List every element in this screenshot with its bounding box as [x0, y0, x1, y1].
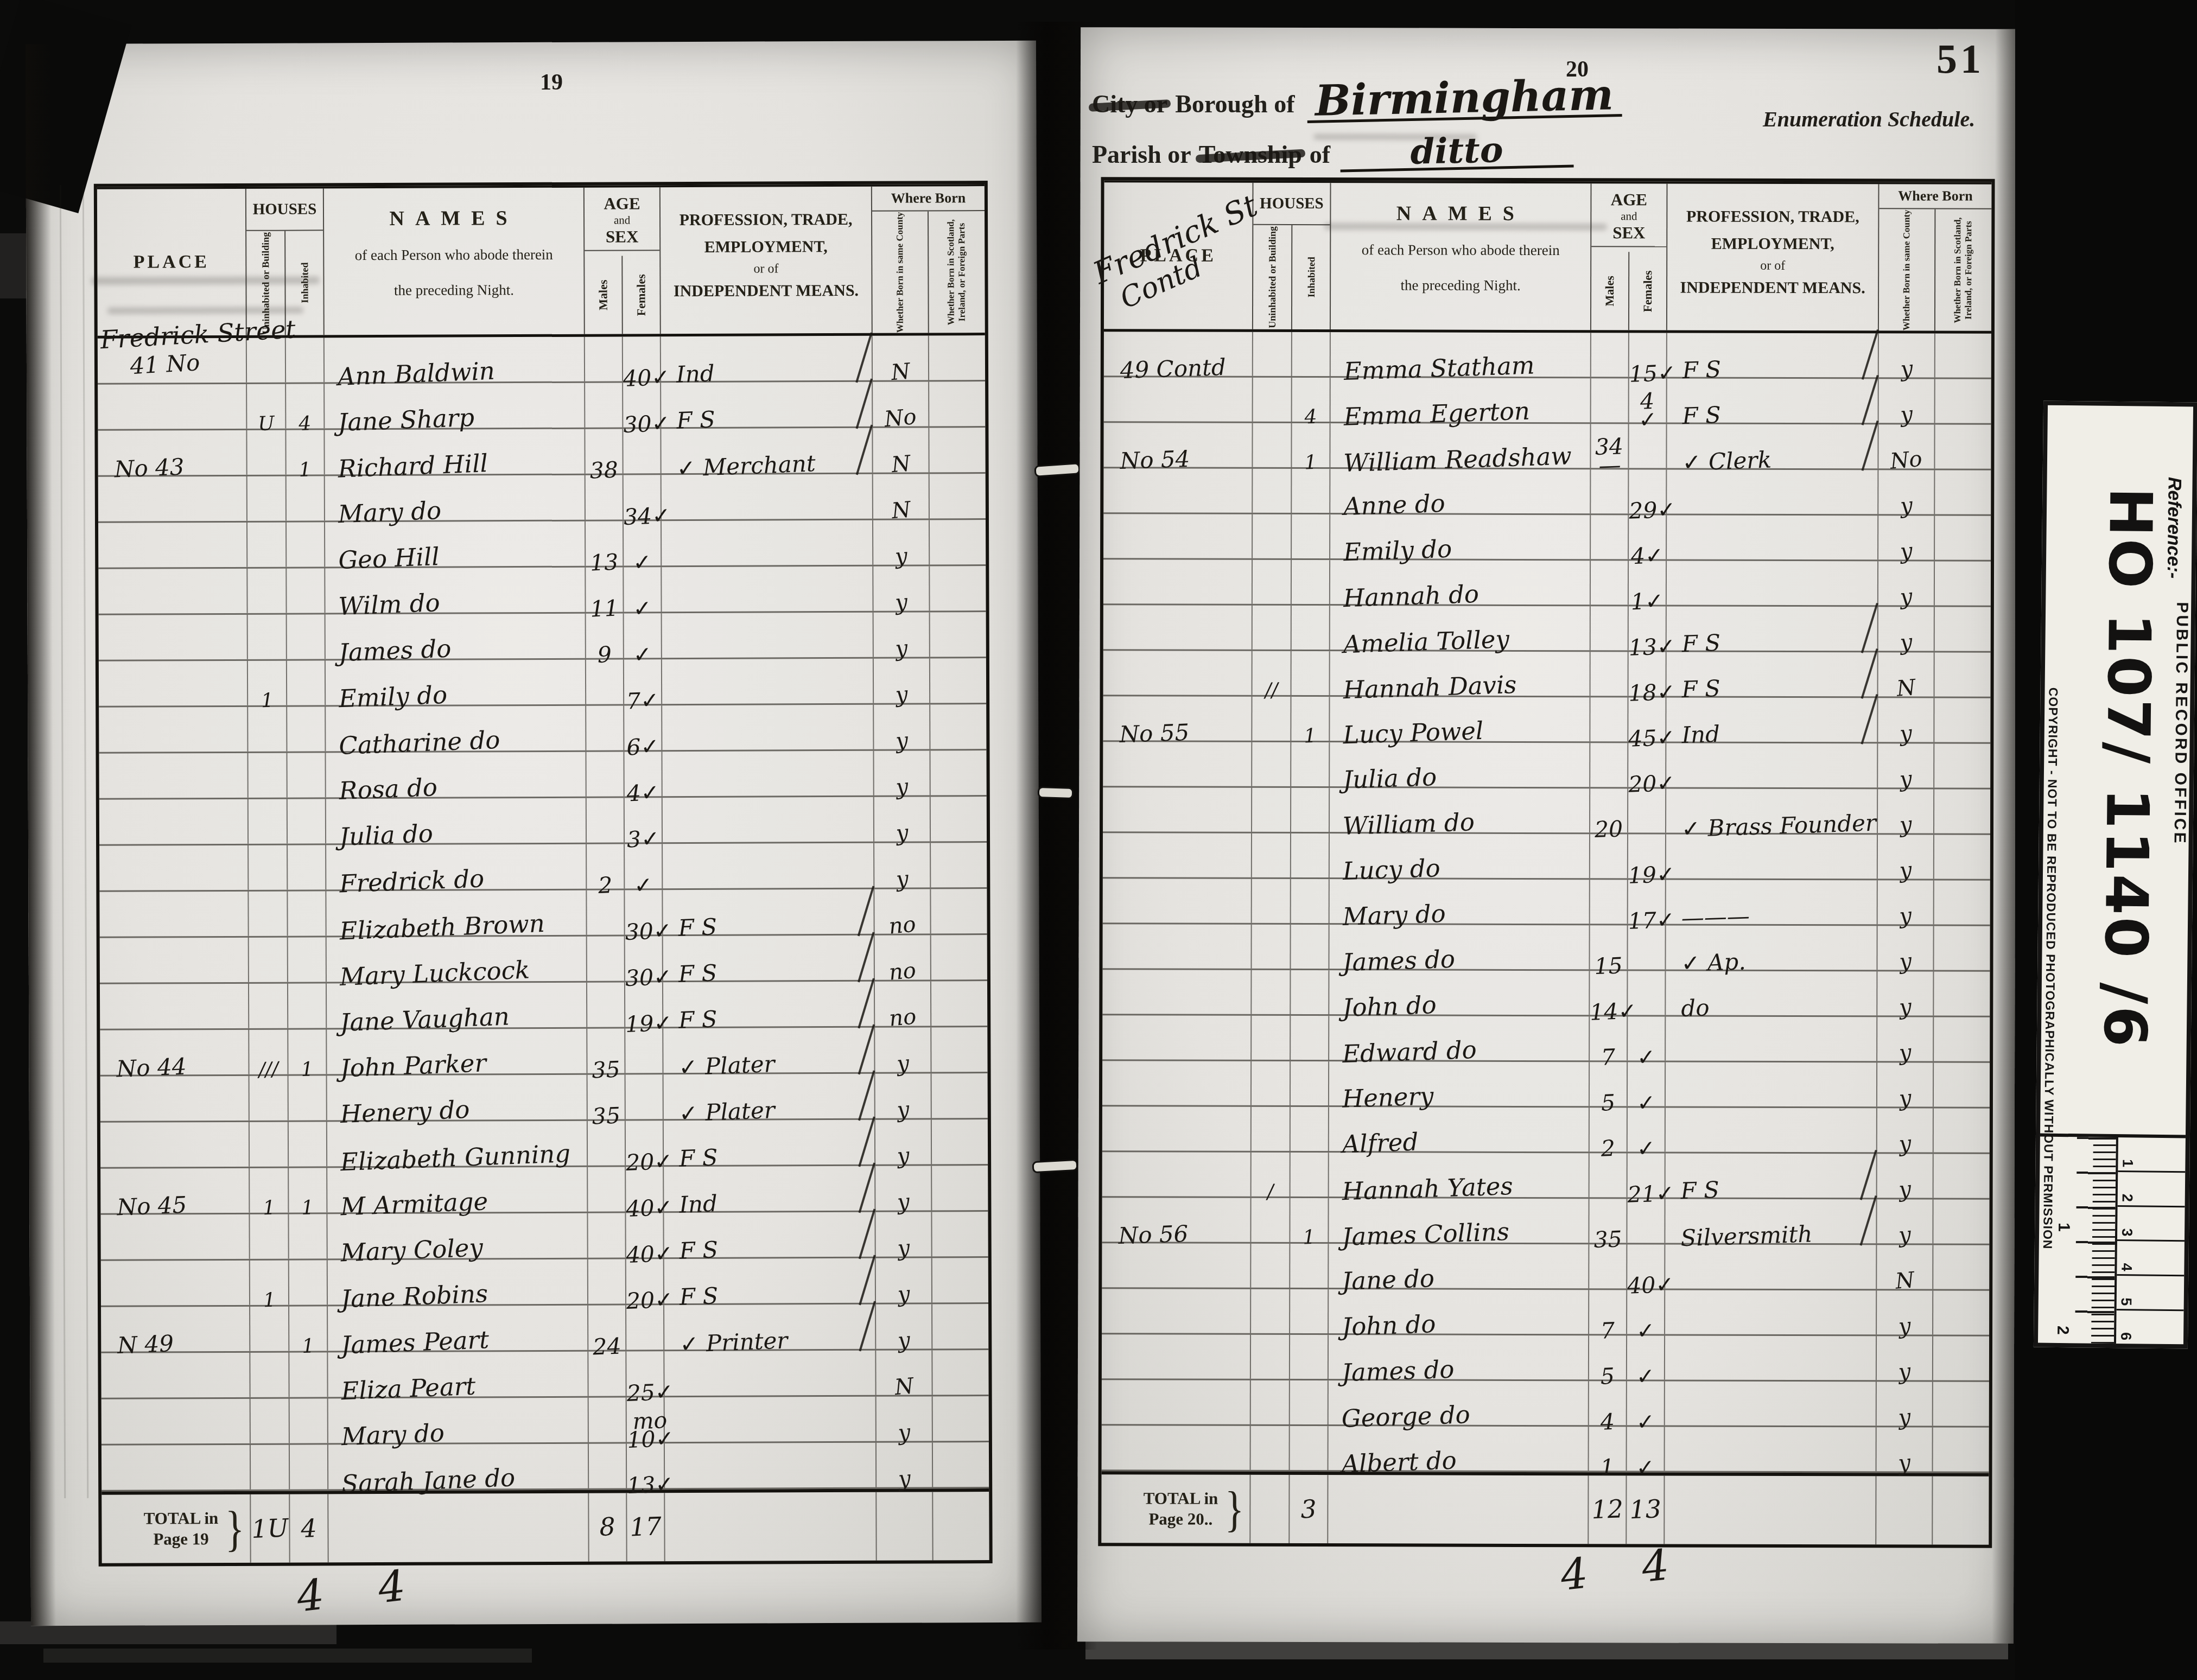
handwritten-entry: 1 [1304, 725, 1317, 748]
cell-place [1103, 787, 1252, 832]
census-row: Mary domo 10✓y [101, 1396, 989, 1446]
cell-h2 [1291, 1061, 1329, 1105]
cell-name: Lucy do [1330, 833, 1590, 878]
page-edge-shadow [1992, 29, 2017, 1644]
handwritten-entry: ✓ [633, 646, 652, 665]
cell-m [588, 1213, 626, 1257]
cell-place [1102, 1061, 1252, 1105]
cell-b2 [1934, 835, 1990, 879]
handwritten-entry: John do [1329, 990, 1437, 1022]
binding-stitch [1032, 1159, 1078, 1173]
handwritten-entry: 4 [1600, 1413, 1615, 1431]
col-where-born-label: Where Born [1879, 184, 1991, 209]
handwritten-entry: y [897, 1466, 912, 1492]
census-row: John do7✓y [1102, 1289, 1989, 1336]
cell-h2 [1292, 469, 1330, 513]
handwritten-entry: ✓ [1636, 1322, 1655, 1341]
cell-b2 [931, 981, 987, 1026]
cell-h2 [1291, 742, 1330, 786]
handwritten-entry: Jane do [1328, 1264, 1434, 1296]
cell-b2 [1933, 1427, 1989, 1471]
handwritten-entry: // [1265, 679, 1279, 702]
handwritten-entry: ✓ [1636, 1048, 1655, 1067]
handwritten-entry: y [1898, 1131, 1912, 1157]
census-row: Jane Vaughan19✓F Sno [100, 981, 987, 1030]
handwritten-entry: 15 [1594, 957, 1623, 976]
cell-h2: 1 [1290, 1198, 1329, 1242]
cell-prof: F S [664, 1120, 875, 1165]
cell-m [1590, 880, 1628, 924]
cell-b1: N [873, 474, 930, 518]
cell-h1 [1252, 925, 1291, 969]
handwritten-entry: 11 [590, 600, 619, 619]
handwritten-entry: y [1898, 1040, 1912, 1066]
handwritten-entry: 25✓ [626, 1383, 674, 1403]
cell-place [99, 707, 248, 752]
handwritten-entry: U [257, 412, 275, 435]
cell-name: James do [326, 614, 586, 659]
cell-b1: y [874, 658, 930, 703]
cell-b2 [1934, 1062, 1990, 1106]
census-row: No 551Lucy Powel45✓Indy [1103, 696, 1990, 743]
cell-m [587, 936, 625, 981]
cell-h1 [248, 615, 287, 659]
borough-label: Borough of [1175, 90, 1294, 118]
cell-b1: y [1877, 1199, 1933, 1243]
cell-place [1102, 1243, 1251, 1288]
cell-m: 34— [1591, 424, 1629, 468]
cell-h2 [1291, 833, 1330, 877]
enumeration-schedule-title: Enumeration Schedule. [1763, 106, 1975, 132]
handwritten-entry: Henery [1329, 1081, 1434, 1113]
cell-b2 [930, 520, 986, 564]
cell-h2 [1292, 606, 1330, 650]
cell-h1 [1251, 1289, 1290, 1333]
handwritten-entry: Julia do [1329, 762, 1437, 794]
page-edge-shadow [26, 44, 56, 1626]
census-row: Mary do17✓———y [1103, 879, 1990, 926]
col-born-elsewhere: Whether Born in Scotland, Ireland, or Fo… [929, 211, 984, 333]
handwritten-entry: y [896, 1051, 910, 1077]
cell-b2 [1933, 1290, 1989, 1334]
cell-place [99, 845, 249, 890]
census-row: 1Jane Robins20✓F Sy [101, 1258, 988, 1307]
cell-b1: y [875, 1119, 932, 1164]
cell-m: 7 [1589, 1290, 1627, 1334]
col-born-county: Whether Born in same County [1879, 209, 1935, 330]
handwritten-entry: 35 [1593, 1231, 1622, 1250]
cell-b2 [1934, 880, 1990, 924]
col-females-label: Females [1642, 270, 1653, 312]
cell-h1 [247, 569, 287, 613]
ruler-inch-scale: 12 [2043, 1137, 2116, 1344]
census-row: Catharine do6✓y [99, 704, 986, 754]
cell-b2 [930, 750, 986, 795]
handwritten-entry: y [894, 590, 909, 616]
handwritten-entry: No 54 [1103, 446, 1190, 475]
handwritten-entry: y [896, 1189, 911, 1216]
cell-h2 [287, 568, 325, 613]
handwritten-entry: y [1898, 1086, 1912, 1112]
handwritten-entry: F S [1666, 675, 1721, 703]
cell-b1: y [1877, 1017, 1934, 1061]
table-header: Fredrick St Contd PLACE HOUSES Uninhabit… [1104, 180, 1992, 333]
census-row: 1Emily do7✓y [99, 658, 986, 708]
pen-stroke [855, 332, 873, 383]
cell-prof [1665, 1244, 1877, 1289]
cell-prof [1665, 1335, 1877, 1380]
cell-h1 [1252, 742, 1291, 786]
cell-prof: Ind [1666, 697, 1878, 742]
cell-prof [1665, 1290, 1877, 1334]
handwritten-entry: Mary Coley [327, 1233, 484, 1268]
cell-prof: ✓ Plater [664, 1074, 875, 1119]
total-label-line1: TOTAL in [1144, 1488, 1218, 1509]
cell-place [101, 1399, 251, 1444]
census-row: 49 ContdEmma Statham15✓F Sy [1104, 332, 1991, 379]
cell-place [98, 476, 247, 521]
pen-stroke [855, 378, 873, 429]
cell-place [99, 799, 249, 844]
handwritten-entry: F S [663, 959, 717, 988]
cell-b2 [932, 1073, 988, 1118]
folio-number-51: 51 [1936, 36, 1984, 83]
handwritten-entry: Emily do [325, 680, 448, 714]
handwritten-entry: 4 ✓ [1629, 392, 1667, 429]
cell-name: Emma Statham [1331, 332, 1591, 377]
cell-prof [662, 567, 873, 612]
handwritten-entry: No [884, 404, 918, 432]
cell-b2 [932, 1166, 988, 1210]
cell-place [100, 984, 249, 1029]
cell-name: Emily do [326, 660, 586, 705]
handwritten-entry: 1 [1304, 451, 1317, 474]
handwritten-entry: no [888, 912, 917, 939]
cell-prof [662, 751, 874, 796]
cell-h2 [1290, 1335, 1329, 1379]
handwritten-entry: Albert do [1328, 1446, 1457, 1479]
census-row: Fredrick do2✓y [99, 843, 987, 892]
handwritten-entry: 7✓ [626, 692, 659, 711]
col-place: PLACE [97, 189, 247, 336]
cell-prof: do [1666, 971, 1877, 1015]
cell-b1: no [874, 889, 931, 933]
cell-h2: 1 [289, 1306, 328, 1351]
cell-h1 [1251, 1335, 1290, 1379]
handwritten-entry: Jane Sharp [324, 403, 475, 438]
col-males-label: Males [1604, 276, 1615, 306]
census-table-left: PLACE HOUSES Uninhabited or Building Inh… [94, 181, 993, 1567]
cell-b2 [932, 1350, 988, 1395]
census-row: Anne do29✓y [1103, 468, 1991, 516]
cell-place: N 49 [101, 1307, 250, 1352]
cell-h2 [287, 476, 325, 520]
cell-name: Edward do [1329, 1016, 1590, 1060]
cell-h1 [1251, 1244, 1290, 1288]
cell-h2 [289, 1214, 327, 1258]
cell-h2 [1290, 1380, 1329, 1424]
cell-h2 [1291, 925, 1329, 969]
cell-prof [1666, 1062, 1877, 1106]
cell-m [589, 1397, 627, 1442]
handwritten-entry: Hannah Yates [1329, 1172, 1514, 1206]
cell-b2 [931, 935, 987, 979]
cell-place [1102, 1015, 1252, 1060]
handwritten-entry: no [888, 1004, 917, 1031]
handwritten-entry: 4 [1304, 406, 1317, 429]
cell-h1 [1252, 833, 1291, 877]
cell-b2 [1934, 971, 1990, 1015]
handwritten-entry: 20✓ [1628, 774, 1676, 794]
col-born-elsewhere-label: Whether Born in Scotland, Ireland, or Fo… [1952, 209, 1973, 331]
cell-b2 [1935, 333, 1991, 377]
census-row: James do15✓ Ap.y [1102, 924, 1990, 971]
binding-stitch [1038, 786, 1074, 799]
cell-h1 [1251, 1426, 1290, 1470]
cell-prof: F S [1667, 378, 1879, 423]
cell-name: Hannah Yates [1329, 1153, 1590, 1197]
cell-name: Ann Baldwin [325, 337, 585, 383]
handwritten-entry: 5 [1600, 1367, 1615, 1386]
handwritten-entry: y [1899, 493, 1913, 519]
cell-h2: 1 [286, 430, 325, 474]
handwritten-entry: N 49 [100, 1330, 174, 1359]
handwritten-entry: y [894, 682, 909, 708]
cell-f [626, 1074, 664, 1119]
tally-marks: 4 4 [295, 1560, 428, 1622]
cell-name: Albert do [1329, 1426, 1589, 1471]
cell-h1 [247, 523, 287, 567]
ruler-inch-number: 1 [2054, 1223, 2073, 1232]
col-prof-line3: or of [661, 262, 871, 277]
handwritten-entry: Silversmith [1665, 1220, 1813, 1252]
handwritten-entry: N [890, 497, 911, 524]
cell-place [100, 1076, 250, 1121]
handwritten-entry: y [894, 636, 909, 662]
cell-m: 2 [587, 844, 625, 888]
handwritten-entry: No 45 [100, 1191, 188, 1221]
pen-stroke [1860, 1195, 1877, 1246]
cell-place [1102, 924, 1252, 969]
cell-h2 [287, 660, 326, 705]
handwritten-entry: Edward do [1329, 1035, 1477, 1069]
handwritten-entry: y [1899, 584, 1913, 610]
cell-h1 [1251, 1198, 1290, 1242]
col-sex-label: SEX [1591, 223, 1666, 247]
cell-place [99, 753, 248, 798]
handwritten-entry: William do [1329, 807, 1475, 841]
table-body: Fredrick Street 41 No Ann Baldwin40✓IndN… [98, 335, 989, 1492]
pen-stroke [1862, 375, 1879, 425]
handwritten-entry: Geo Hill [325, 542, 440, 575]
cell-h1: 1 [248, 661, 287, 705]
parish-header: Parish or Township of ditto [1092, 136, 1573, 170]
cell-h2 [287, 707, 326, 751]
cell-h1 [250, 1307, 289, 1351]
handwritten-entry: Fredrick do [326, 864, 485, 899]
handwritten-entry: y [1900, 357, 1914, 383]
cell-b1: y [874, 750, 930, 795]
col-females: Females [1629, 252, 1666, 330]
total-males: 12 [1591, 1499, 1624, 1520]
col-born-county: Whether Born in same County [872, 211, 929, 333]
cell-h1: // [1253, 651, 1292, 695]
handwritten-entry: y [897, 1328, 911, 1354]
cell-h1 [1252, 697, 1291, 741]
col-age-label: AGE [585, 194, 659, 213]
handwritten-entry: James Collins [1329, 1217, 1510, 1252]
handwritten-entry: 40✓ [1627, 1276, 1675, 1295]
cell-b2 [1933, 1245, 1989, 1289]
col-prof-line2: EMPLOYMENT, [1667, 234, 1878, 253]
ruler-cm-cell: 2 [2118, 1172, 2186, 1207]
cell-prof [1665, 1381, 1877, 1426]
cell-b1: y [877, 1442, 933, 1487]
cell-h2: 1 [1291, 697, 1330, 741]
cell-prof: Ind [664, 1166, 875, 1211]
cell-h2 [1290, 1426, 1329, 1470]
cell-name: William do [1330, 788, 1590, 832]
ruler-cm-number: 3 [2118, 1229, 2135, 1237]
cell-prof: F S [663, 982, 875, 1027]
cell-place [1103, 605, 1253, 650]
pen-stroke [1860, 1150, 1877, 1200]
cell-h2 [1291, 970, 1329, 1014]
col-names: NAMES of each Person who abode therein t… [1331, 183, 1592, 330]
handwritten-entry: 34✓ [623, 507, 671, 527]
cell-prof: ✓ Merchant [661, 428, 873, 473]
cell-f: 29✓ [1629, 469, 1667, 513]
handwritten-entry: y [1898, 858, 1913, 884]
census-row: No 431Richard Hill38✓ MerchantN [98, 428, 985, 477]
handwritten-entry: ✓ Plater [663, 1051, 776, 1081]
cell-h1 [1252, 788, 1291, 832]
cell-b1: N [873, 428, 929, 472]
census-row: Lucy do19✓y [1103, 833, 1990, 880]
cell-b1: y [1878, 835, 1934, 879]
cell-prof: F S [1667, 606, 1878, 651]
cell-m [1590, 697, 1628, 741]
handwritten-entry: ✓ [1636, 1459, 1655, 1478]
cell-prof: ✓ Plater [663, 1028, 875, 1073]
cell-b1: y [1878, 561, 1935, 605]
handwritten-entry: F S [663, 1144, 718, 1173]
cell-h1: / [1252, 1153, 1291, 1197]
handwritten-entry: 7 [1600, 1322, 1615, 1340]
cell-f: 25✓ [626, 1351, 664, 1396]
public-record-office-text: PUBLIC RECORD OFFICE [2170, 602, 2192, 845]
cell-h1 [250, 1214, 289, 1259]
census-row: Mary Luckcock30✓F Sno [100, 935, 987, 984]
cell-h2 [287, 522, 325, 567]
handwritten-entry: ——— [1666, 902, 1750, 932]
cell-b1: y [1878, 743, 1934, 787]
cell-m [1591, 606, 1629, 650]
handwritten-entry: No 56 [1102, 1220, 1189, 1250]
struck-township: Township [1199, 140, 1302, 169]
cell-m [1590, 743, 1628, 787]
table-body: 49 ContdEmma Statham15✓F Sy4Emma Egerton… [1102, 332, 1991, 1473]
cell-f: 34✓ [624, 475, 662, 519]
census-row: Elizabeth Brown30✓F Sno [99, 889, 987, 938]
handwritten-entry: 14✓ [1590, 1002, 1637, 1022]
cell-place [101, 1261, 250, 1306]
cell-b2 [933, 1442, 989, 1487]
cell-place [1102, 1106, 1252, 1151]
cell-b1: y [1878, 698, 1934, 742]
handwritten-entry: do [1666, 994, 1710, 1022]
handwritten-entry: F S [664, 1282, 719, 1311]
cell-b1: y [1877, 1108, 1934, 1152]
handwritten-entry: 20 [1594, 820, 1623, 839]
cell-place [100, 1214, 250, 1259]
handwritten-entry: ✓ [1636, 1367, 1655, 1386]
census-row: No 44///1John Parker35✓ Platery [100, 1027, 987, 1077]
handwritten-entry: y [1898, 949, 1912, 975]
census-row: James do5✓y [1102, 1334, 1989, 1382]
cell-b1: y [1877, 1062, 1934, 1106]
col-where-born: Where Born Whether Born in same County W… [1879, 184, 1992, 330]
handwritten-entry: N [1895, 675, 1916, 702]
cell-m [1591, 378, 1629, 422]
col-names-label: NAMES [1331, 201, 1590, 226]
handwritten-entry: Emily do [1330, 534, 1452, 567]
cell-b1: y [1877, 1427, 1933, 1471]
pen-stroke [1861, 421, 1878, 471]
pen-stroke [859, 1255, 876, 1305]
total-label-line2: Page 20.. [1144, 1509, 1218, 1529]
handwritten-entry: 35 [592, 1061, 620, 1080]
cell-b1: y [875, 1073, 932, 1118]
handwritten-entry: y [897, 1420, 912, 1446]
handwritten-entry: Eliza Peart [328, 1372, 477, 1406]
cell-b1: y [1877, 971, 1934, 1015]
handwritten-entry: ✓ [1636, 1140, 1655, 1159]
handwritten-entry: y [1897, 1314, 1912, 1340]
cell-name: Amelia Tolley [1330, 606, 1591, 650]
handwritten-entry: F S [661, 406, 715, 435]
census-row: Edward do7✓y [1102, 1015, 1990, 1062]
cell-place [100, 1122, 250, 1167]
cell-b1: y [1879, 333, 1935, 377]
cell-b2 [932, 1258, 988, 1302]
census-row: Albert do1✓y [1102, 1426, 1989, 1473]
cell-m [585, 383, 623, 427]
cell-prof: ——— [1666, 880, 1878, 924]
handwritten-entry: 2 [598, 876, 613, 895]
cell-h2 [289, 1076, 327, 1120]
cell-b1: y [1878, 607, 1935, 651]
cell-b2 [931, 1027, 987, 1072]
page-number-19: 19 [540, 69, 563, 96]
cell-b2 [1935, 516, 1991, 559]
col-prof-line4: INDEPENDENT MEANS. [1667, 278, 1878, 297]
cell-h2 [289, 1260, 328, 1304]
pen-stroke [859, 1162, 876, 1213]
census-row: //Hannah Davis18✓F SN [1103, 651, 1991, 698]
cell-prof [1666, 1108, 1877, 1152]
handwritten-entry: James do [1329, 945, 1456, 978]
cell-m [585, 336, 623, 381]
handwritten-entry: James do [1328, 1355, 1455, 1388]
census-row: James do9✓y [99, 612, 986, 661]
total-brace: } [225, 1500, 245, 1557]
col-where-born-label: Where Born [872, 186, 985, 212]
cell-b1: N [873, 335, 929, 380]
parish-value: ditto [1340, 133, 1574, 173]
pen-stroke [858, 1024, 875, 1074]
handwritten-entry: y [896, 1097, 910, 1123]
